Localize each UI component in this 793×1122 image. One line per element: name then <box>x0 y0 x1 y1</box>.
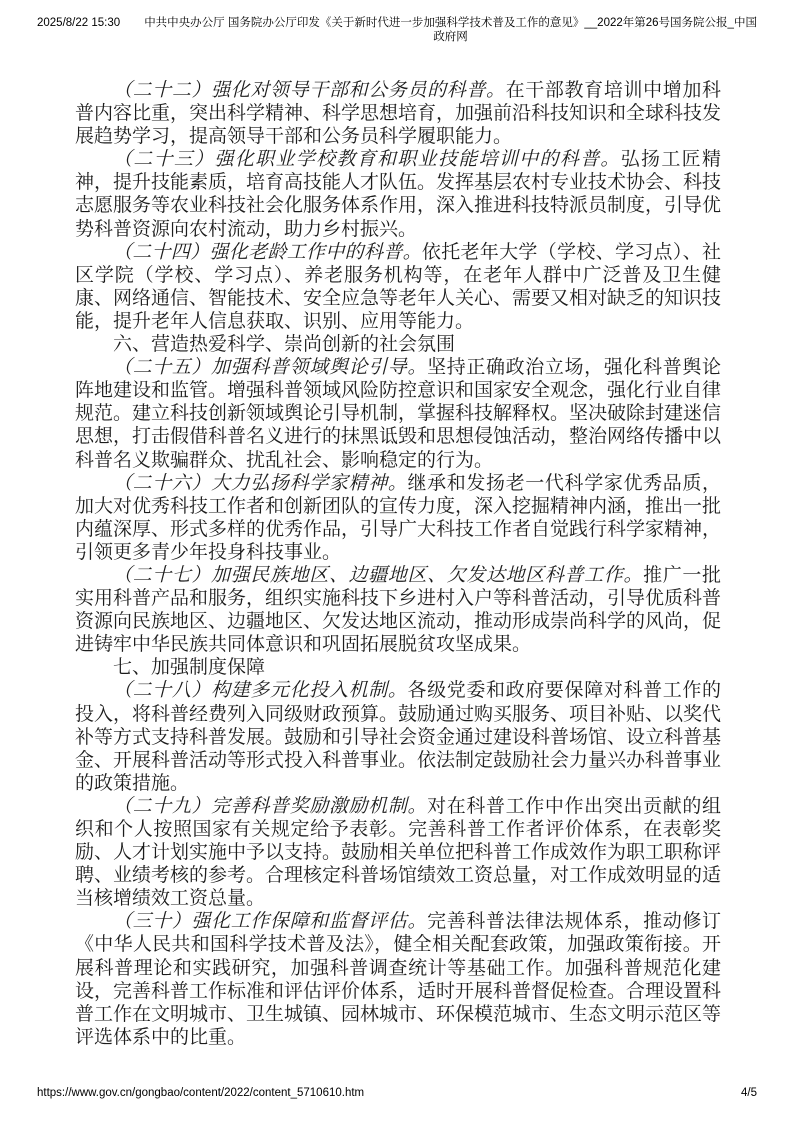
document-paragraph: （二十三）强化职业学校教育和职业技能培训中的科普。弘扬工匠精神，提升技能素质，培… <box>75 148 721 240</box>
paragraph-lead: （二十二）强化对领导干部和公务员的科普。 <box>113 80 506 101</box>
paragraph-lead: （二十四）强化老龄工作中的科普。 <box>113 242 422 263</box>
page-title: 中共中央办公厅 国务院办公厅印发《关于新时代进一步加强科学技术普及工作的意见》_… <box>144 16 757 44</box>
print-datetime: 2025/8/22 15:30 <box>37 16 120 30</box>
source-url: https://www.gov.cn/gongbao/content/2022/… <box>37 1086 364 1100</box>
section-heading: 六、营造热爱科学、崇尚创新的社会氛围 <box>75 333 721 356</box>
paragraph-lead: （二十六）大力弘扬科学家精神。 <box>113 473 408 494</box>
document-paragraph: （二十五）加强科普领域舆论引导。坚持正确政治立场，强化科普舆论阵地建设和监管。增… <box>75 356 721 471</box>
document-paragraph: （二十四）强化老龄工作中的科普。依托老年大学（学校、学习点）、社区学院（学校、学… <box>75 241 721 333</box>
section-heading: 七、加强制度保障 <box>75 656 721 679</box>
paragraph-lead: （二十三）强化职业学校教育和职业技能培训中的科普。 <box>113 149 621 170</box>
document-paragraph: （二十九）完善科普奖励激励机制。对在科普工作中作出突出贡献的组织和个人按照国家有… <box>75 795 721 910</box>
document-paragraph: （二十二）强化对领导干部和公务员的科普。在干部教育培训中增加科普内容比重，突出科… <box>75 79 721 148</box>
paragraph-lead: （二十五）加强科普领域舆论引导。 <box>113 357 427 378</box>
print-page: 2025/8/22 15:30 中共中央办公厅 国务院办公厅印发《关于新时代进一… <box>0 0 793 1122</box>
document-paragraph: （二十八）构建多元化投入机制。各级党委和政府要保障对科普工作的投入，将科普经费列… <box>75 679 721 794</box>
document-paragraph: （二十七）加强民族地区、边疆地区、欠发达地区科普工作。推广一批实用科普产品和服务… <box>75 564 721 656</box>
paragraph-lead: （二十七）加强民族地区、边疆地区、欠发达地区科普工作。 <box>113 565 643 586</box>
paragraph-lead: （三十）强化工作保障和监督评估。 <box>113 911 427 932</box>
print-header: 2025/8/22 15:30 中共中央办公厅 国务院办公厅印发《关于新时代进一… <box>37 16 757 44</box>
paragraph-lead: （二十八）构建多元化投入机制。 <box>113 680 408 701</box>
document-body: （二十二）强化对领导干部和公务员的科普。在干部教育培训中增加科普内容比重，突出科… <box>75 79 721 1049</box>
print-footer: https://www.gov.cn/gongbao/content/2022/… <box>37 1086 757 1100</box>
paragraph-lead: （二十九）完善科普奖励激励机制。 <box>113 796 427 817</box>
document-paragraph: （三十）强化工作保障和监督评估。完善科普法律法规体系，推动修订《中华人民共和国科… <box>75 910 721 1049</box>
document-paragraph: （二十六）大力弘扬科学家精神。继承和发扬老一代科学家优秀品质，加大对优秀科技工作… <box>75 472 721 564</box>
page-number: 4/5 <box>741 1086 757 1100</box>
